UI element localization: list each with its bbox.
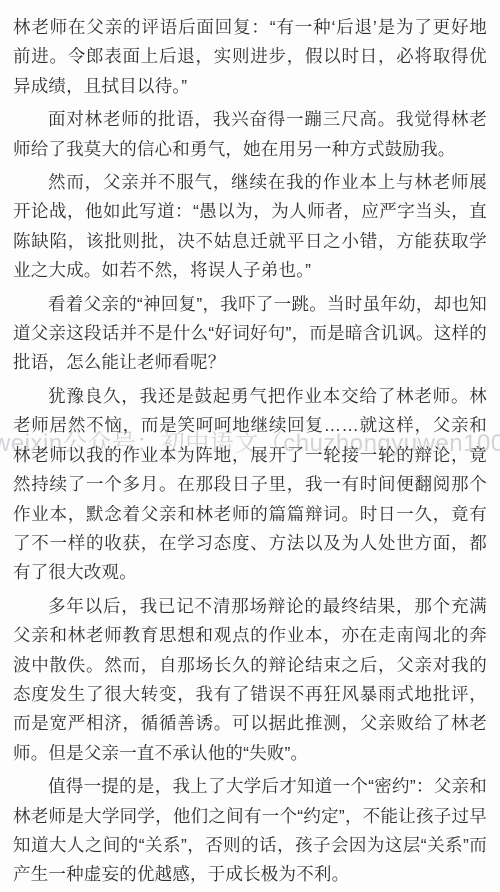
paragraph: 林老师在父亲的评语后面回复：“有一种‘后退’是为了更好地前进。令郎表面上后退，实…: [13, 13, 487, 101]
article-body: 林老师在父亲的评语后面回复：“有一种‘后退’是为了更好地前进。令郎表面上后退，实…: [0, 0, 500, 890]
paragraph: 面对林老师的批语，我兴奋得一蹦三尺高。我觉得林老师给了我莫大的信心和勇气，她在用…: [13, 105, 487, 164]
paragraph: 看着父亲的“神回复”，我吓了一跳。当时虽年幼，却也知道父亲这段话并不是什么“好词…: [13, 290, 487, 378]
paragraph: 值得一提的是，我上了大学后才知道一个“密约”：父亲和林老师是大学同学，他们之间有…: [13, 772, 487, 890]
paragraph: 然而，父亲并不服气，继续在我的作业本上与林老师展开论战，他如此写道：“愚以为，为…: [13, 168, 487, 286]
article-page: weixin公众号：初中语文（chuzhongyuwen100 林老师在父亲的评…: [0, 0, 500, 892]
paragraph: 犹豫良久，我还是鼓起勇气把作业本交给了林老师。林老师居然不恼，而是笑呵呵地继续回…: [13, 382, 487, 588]
paragraph: 多年以后，我已记不清那场辩论的最终结果，那个充满父亲和林老师教育思想和观点的作业…: [13, 592, 487, 768]
